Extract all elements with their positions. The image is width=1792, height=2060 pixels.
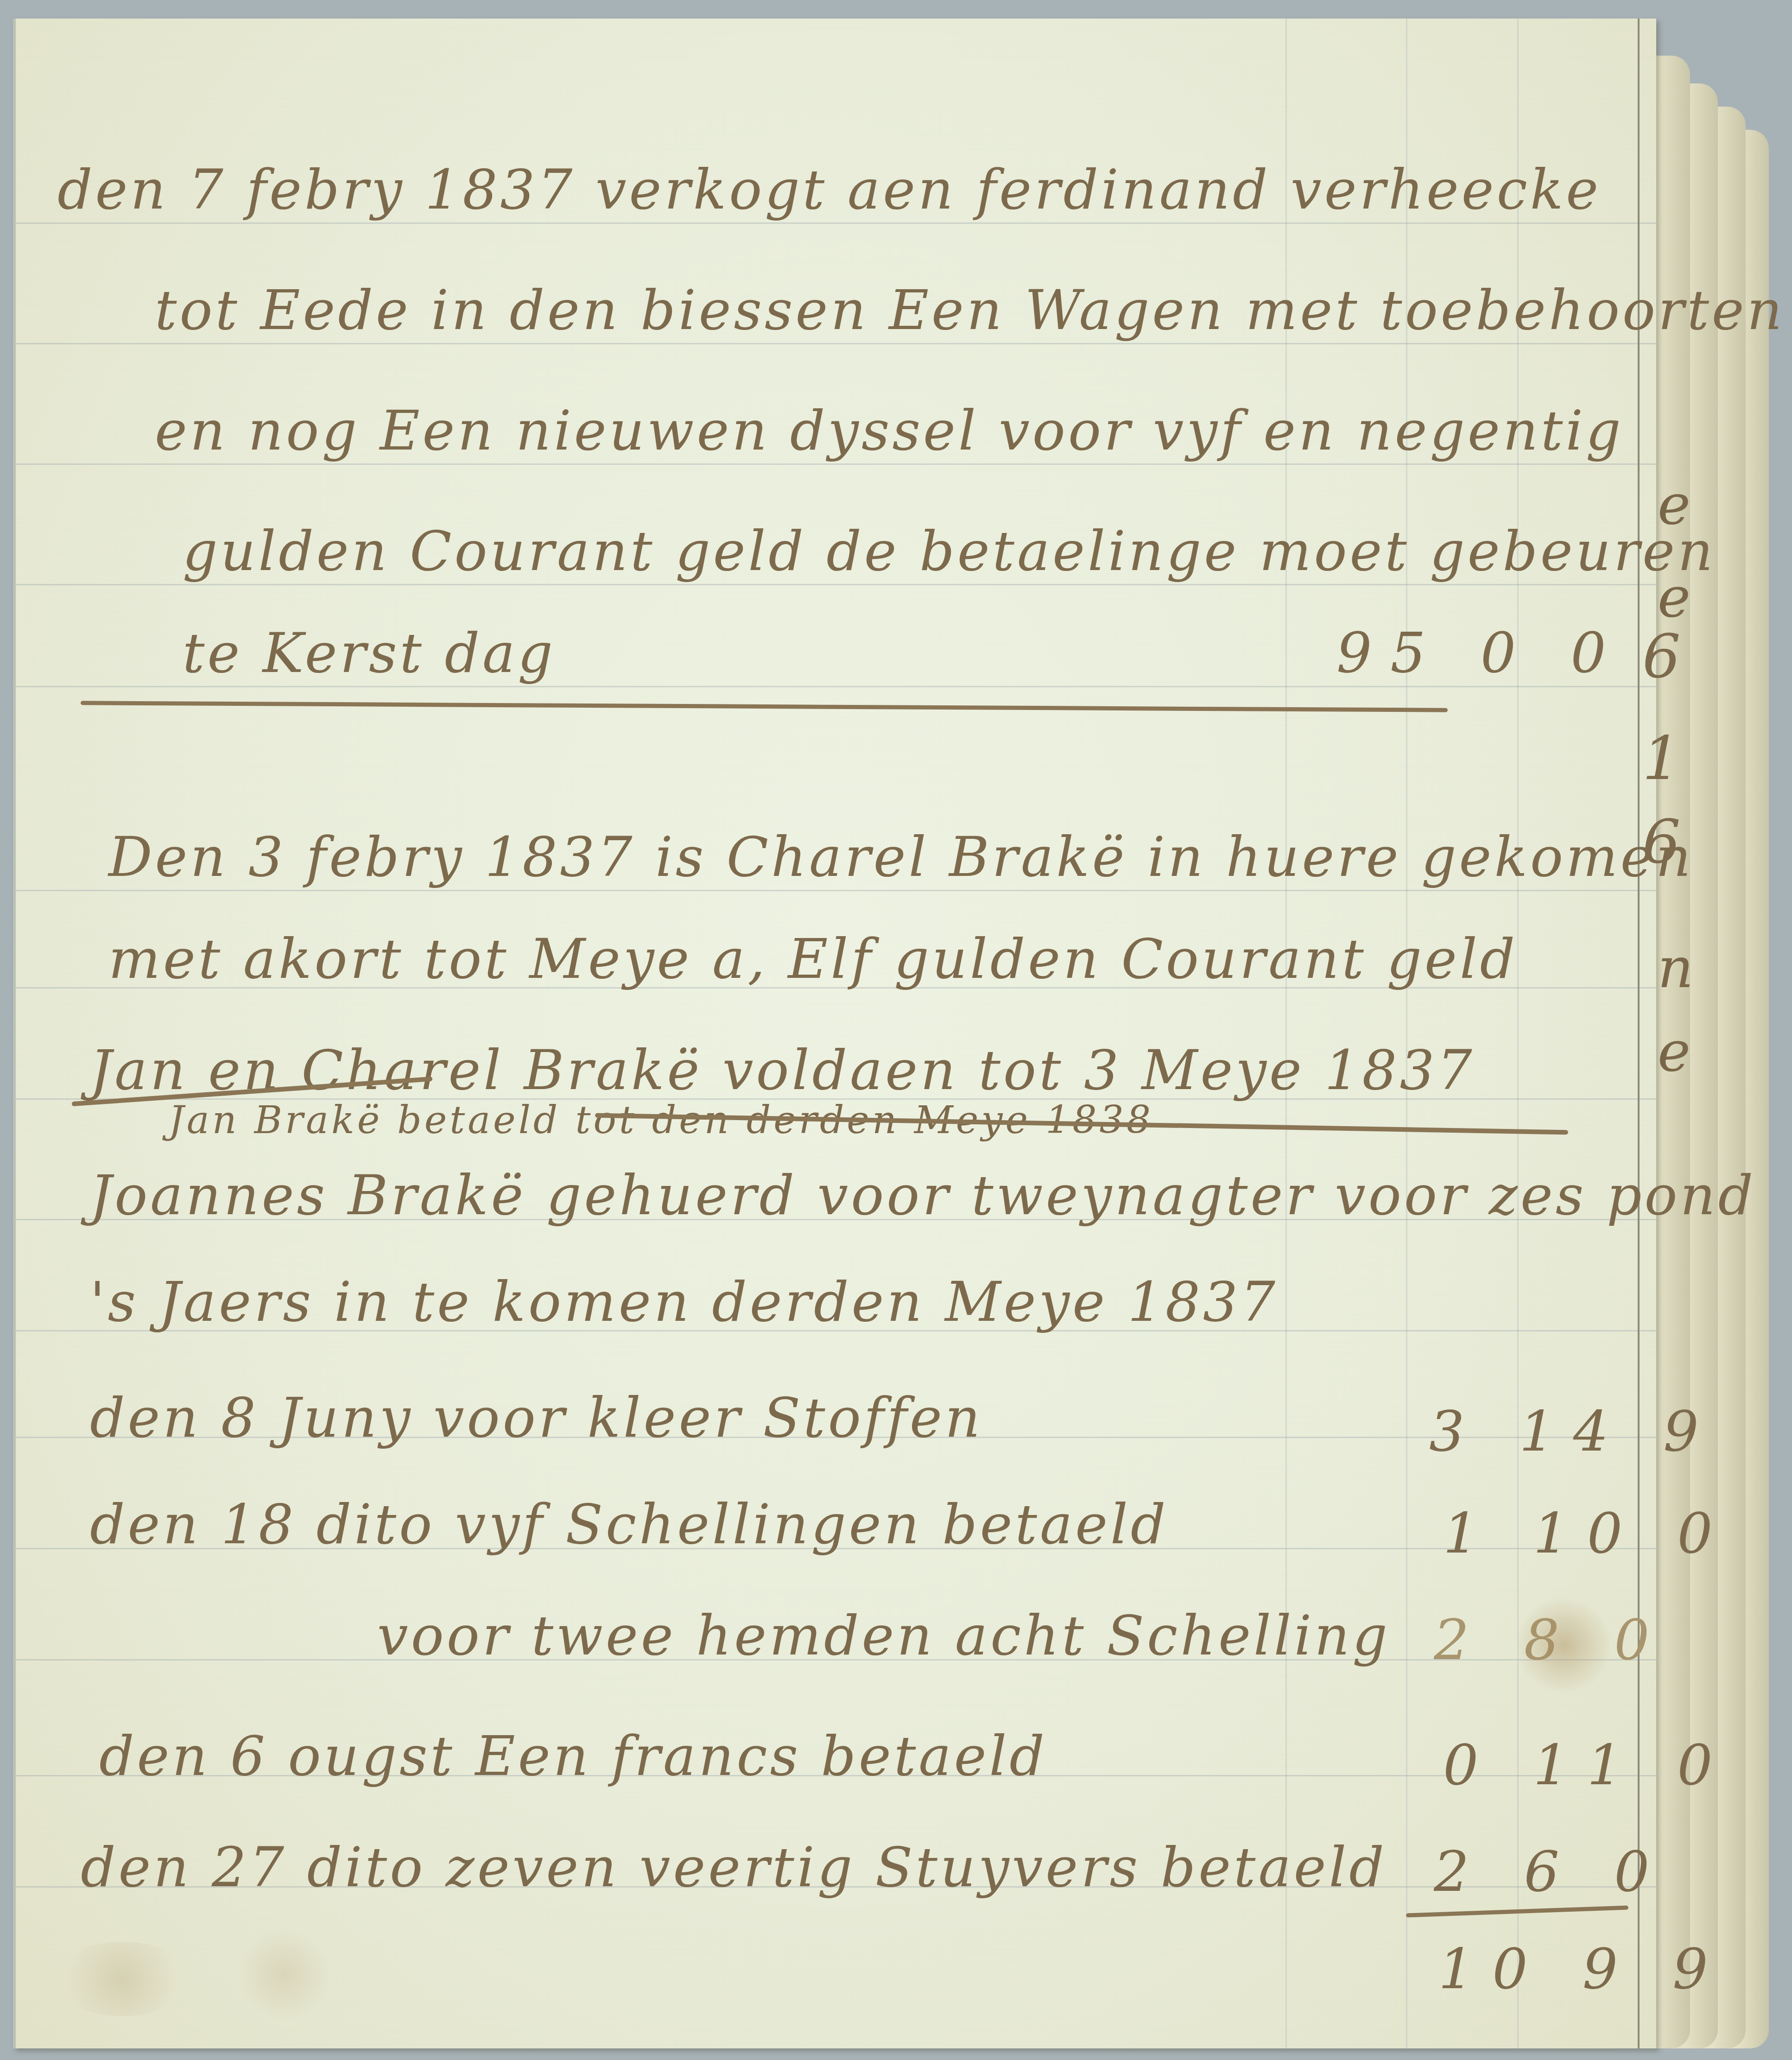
- entry-line: Joannes Brakë gehuerd voor tweynagter vo…: [90, 1163, 1756, 1227]
- ledger-row-text: den 27 dito zeven veertig Stuyvers betae…: [81, 1835, 1387, 1899]
- ledger-row-text: den 6 ougst Een francs betaeld: [99, 1724, 1047, 1788]
- ruled-line: [16, 222, 1656, 224]
- ledger-row-text: voor twee hemden acht Schelling: [377, 1604, 1390, 1667]
- entry-divider: [81, 701, 1448, 712]
- ledger-row-amount: 1 10 0: [1443, 1502, 1731, 1566]
- entry-line: gulden Courant geld de betaelinge moet g…: [183, 519, 1716, 583]
- entry-line: te Kerst dag: [183, 621, 556, 685]
- ink-smudge: [1517, 1594, 1610, 1696]
- ruled-line: [16, 686, 1656, 687]
- ledger-row-amount: 0 11 0: [1443, 1733, 1731, 1798]
- ledger-row-text: den 8 Juny voor kleer Stoffen: [90, 1386, 983, 1450]
- entry-line: 's Jaers in te komen derden Meye 1837: [90, 1270, 1278, 1334]
- ink-bleed: [53, 1942, 192, 2016]
- margin-mark: 6: [1642, 621, 1681, 691]
- entry-line: met akort tot Meye a, Elf gulden Courant…: [108, 927, 1518, 991]
- entry-line: en nog Een nieuwen dyssel voor vyf en ne…: [155, 399, 1624, 463]
- entry-line: den 7 febry 1837 verkogt aen ferdinand v…: [57, 158, 1601, 222]
- manuscript-page: den 7 febry 1837 verkogt aen ferdinand v…: [13, 19, 1656, 2048]
- ruled-line: [16, 890, 1656, 891]
- entry-line: Jan en Charel Brakë voldaen tot 3 Meye 1…: [90, 1038, 1475, 1102]
- entry-line: Den 3 febry 1837 is Charel Brakë in huer…: [108, 825, 1694, 889]
- ink-bleed: [238, 1928, 331, 2021]
- adjacent-page-mark: n: [1658, 936, 1693, 1001]
- ruled-line: [16, 343, 1656, 344]
- margin-mark: 1: [1642, 723, 1681, 793]
- ledger-row-amount: 3 14 9: [1429, 1400, 1717, 1464]
- ruled-line: [16, 463, 1656, 465]
- ruled-line: [16, 584, 1656, 585]
- ledger-row-text: den 18 dito vyf Schellingen betaeld: [90, 1492, 1168, 1556]
- adjacent-page-mark: e: [1658, 1020, 1691, 1084]
- entry-amount: 95 0 0: [1336, 621, 1625, 685]
- ledger-row-amount: 2 6 0: [1434, 1840, 1668, 1904]
- ledger-total: 10 9 9: [1438, 1937, 1727, 2002]
- entry-line: tot Eede in den biessen Een Wagen met to…: [155, 278, 1785, 342]
